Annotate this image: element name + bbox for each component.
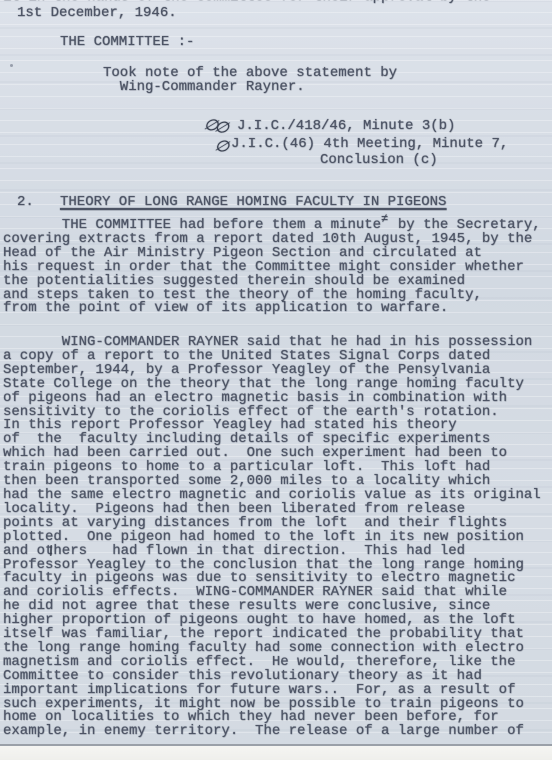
- ink-speck: [10, 64, 13, 67]
- section-number: 2.: [17, 196, 34, 210]
- date-line: 1st December, 1946.: [17, 7, 177, 21]
- handwritten-slash-mark-icon: ∅: [213, 135, 228, 156]
- scanned-document-page: it in the hands of the Committee for the…: [0, 0, 552, 760]
- ink-speck: [437, 140, 440, 142]
- reference-line-2: J.I.C.(46) 4th Meeting, Minute 7,: [231, 138, 508, 152]
- paragraph-rayner-statement: WING-COMMANDER RAYNER said that he had i…: [3, 336, 551, 739]
- reference-line-2-continuation: Conclusion (c): [320, 154, 438, 168]
- paragraph-committee-minute: THE COMMITTEE had before them a minute b…: [3, 219, 551, 316]
- committee-label: THE COMMITTEE :-: [60, 36, 194, 50]
- handwritten-slash-marks-icon: ∅∅: [202, 114, 227, 137]
- scanner-background-strip: [0, 746, 552, 760]
- reference-line-1: J.I.C./418/46, Minute 3(b): [237, 120, 455, 134]
- section-heading: THEORY OF LONG RANGE HOMING FACULTY IN P…: [60, 196, 446, 210]
- committee-note: Took note of the above statement by Wing…: [103, 67, 397, 95]
